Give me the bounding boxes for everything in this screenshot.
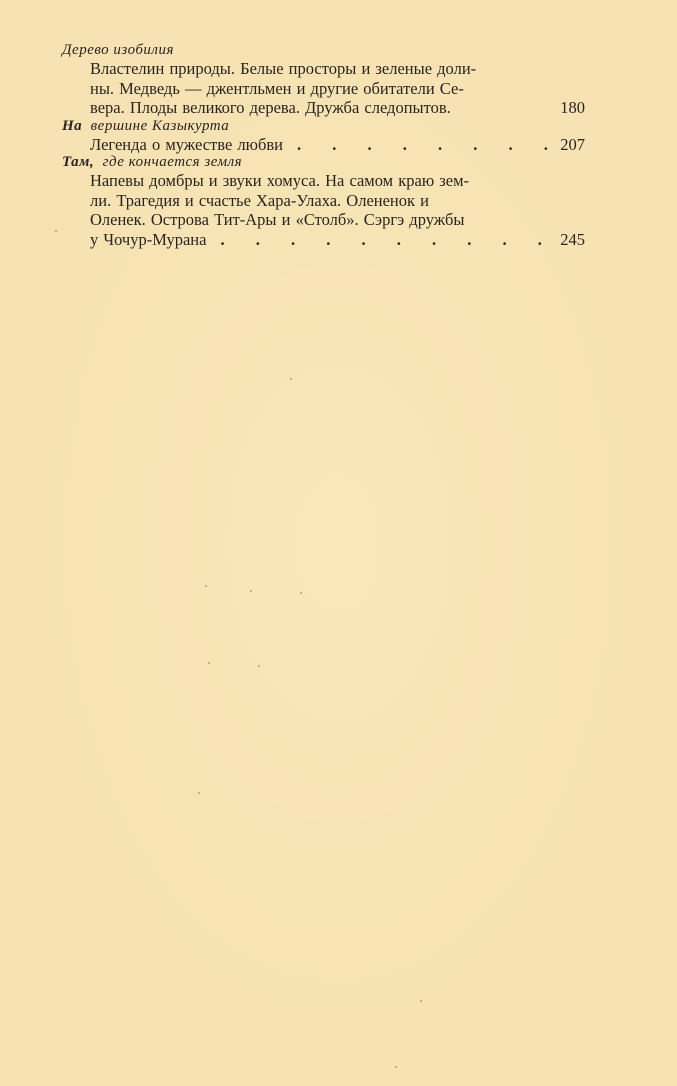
entry-description: Легенда о мужестве любви . . . . . . . .… xyxy=(90,135,585,155)
book-page: Дерево изобилия Властелин природы. Белые… xyxy=(0,0,677,1086)
desc-line: у Чочур-Мурана . . . . . . . . . . . . .… xyxy=(90,230,585,250)
desc-line: вера. Плоды великого дерева. Дружба след… xyxy=(90,98,585,118)
desc-line: ны. Медведь — джентльмен и другие обитат… xyxy=(90,79,585,99)
paper-speck xyxy=(290,378,292,380)
dot-leader: . . . . . . . . . . . . . . . . . . . . xyxy=(283,135,560,155)
toc-entry: Дерево изобилия Властелин природы. Белые… xyxy=(62,42,585,118)
paper-speck xyxy=(250,590,252,592)
toc-entry: Там, где кончается земля Напевы домбры и… xyxy=(62,154,585,249)
paper-speck xyxy=(258,665,260,667)
entry-heading: Дерево изобилия xyxy=(62,42,585,59)
table-of-contents: Дерево изобилия Властелин природы. Белые… xyxy=(62,42,585,249)
paper-speck xyxy=(198,792,200,794)
page-number: 245 xyxy=(560,230,585,250)
paper-speck xyxy=(208,662,210,664)
paper-speck xyxy=(395,1066,397,1068)
desc-line: Властелин природы. Белые просторы и зеле… xyxy=(90,59,585,79)
paper-speck xyxy=(205,585,207,587)
entry-description: Напевы домбры и звуки хомуса. На самом к… xyxy=(90,171,585,249)
entry-description: Властелин природы. Белые просторы и зеле… xyxy=(90,59,585,118)
paper-speck xyxy=(55,230,57,232)
entry-heading: Там, где кончается земля xyxy=(62,154,585,171)
desc-line: Легенда о мужестве любви . . . . . . . .… xyxy=(90,135,585,155)
desc-line: Оленек. Острова Тит-Ары и «Столб». Сэргэ… xyxy=(90,210,585,230)
desc-line: Напевы домбры и звуки хомуса. На самом к… xyxy=(90,171,585,191)
paper-speck xyxy=(300,592,302,594)
page-number: 180 xyxy=(560,98,585,118)
desc-line: ли. Трагедия и счастье Хара-Улаха. Олене… xyxy=(90,191,585,211)
page-number: 207 xyxy=(560,135,585,155)
toc-entry: На вершине Казыкурта Легенда о мужестве … xyxy=(62,118,585,155)
paper-speck xyxy=(420,1000,422,1002)
dot-leader: . . . . . . . . . . . . . . . . . . . . xyxy=(206,230,560,250)
entry-heading: На вершине Казыкурта xyxy=(62,118,585,135)
